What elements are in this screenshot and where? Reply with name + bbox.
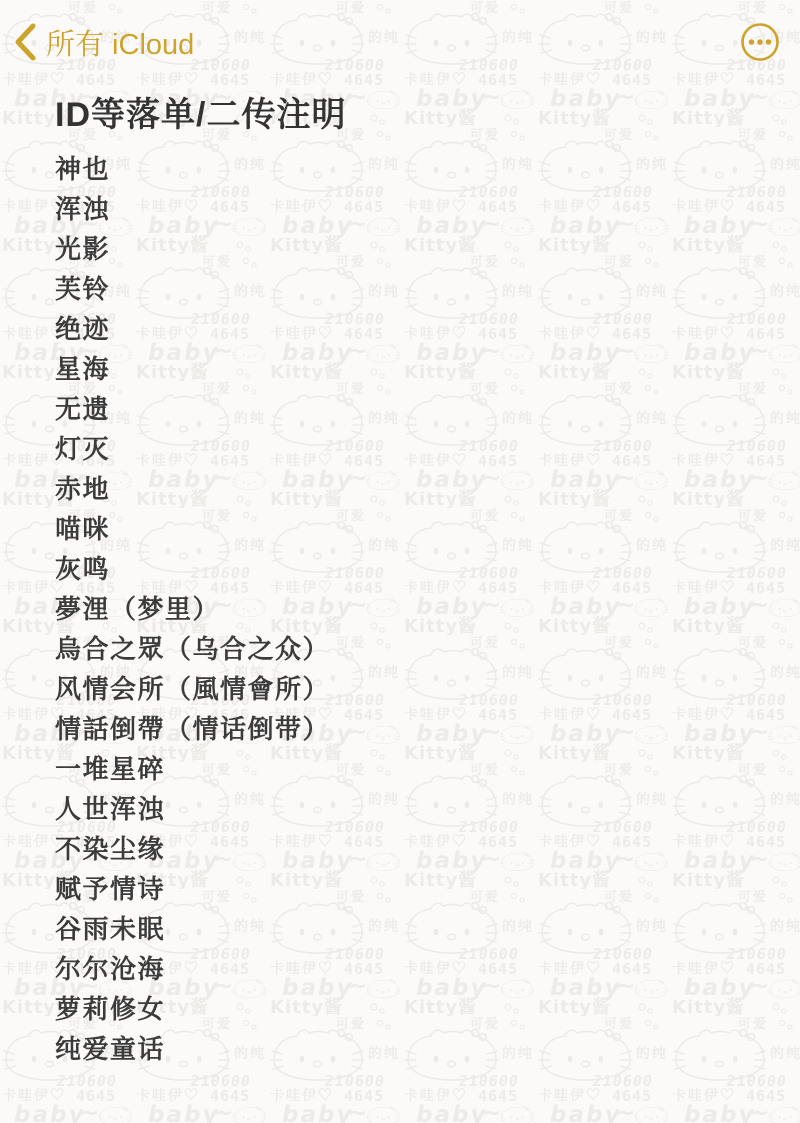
note-line[interactable]: 灯灭 [55,429,330,469]
back-button[interactable]: 所有 iCloud [14,22,194,63]
note-line[interactable]: 烏合之眾（乌合之众） [55,629,330,669]
note-page: 所有 iCloud ID等落单/二传注明 神也 浑浊 光影 芙铃 绝迹 星海 无… [0,0,800,1123]
note-line[interactable]: 纯爱童话 [55,1029,330,1069]
note-line[interactable]: 赋予情诗 [55,869,330,909]
note-line[interactable]: 喵咪 [55,509,330,549]
note-body[interactable]: 神也 浑浊 光影 芙铃 绝迹 星海 无遗 灯灭 赤地 喵咪 灰鸣 夢浬（梦里） … [55,149,330,1069]
note-line[interactable]: 风情会所（風情會所） [55,669,330,709]
notes-app-screen: 可爱 的纯 210600 卡哇伊♡ 4645 baby ~ Kitty酱 [0,0,800,1123]
note-line[interactable]: 萝莉修女 [55,989,330,1029]
note-line[interactable]: 谷雨未眠 [55,909,330,949]
navigation-bar: 所有 iCloud [0,0,800,84]
chevron-left-icon [14,23,36,61]
ellipsis-circle-icon [740,22,780,62]
note-line[interactable]: 无遗 [55,389,330,429]
back-button-label: 所有 iCloud [46,22,194,63]
note-line[interactable]: 浑浊 [55,189,330,229]
note-line[interactable]: 赤地 [55,469,330,509]
note-line[interactable]: 尔尔沧海 [55,949,330,989]
note-title[interactable]: ID等落单/二传注明 [55,93,346,137]
note-line[interactable]: 情話倒帶（情话倒带） [55,709,330,749]
note-line[interactable]: 一堆星碎 [55,749,330,789]
note-line[interactable]: 星海 [55,349,330,389]
note-line[interactable]: 神也 [55,149,330,189]
note-line[interactable]: 光影 [55,229,330,269]
note-line[interactable]: 夢浬（梦里） [55,589,330,629]
note-line[interactable]: 芙铃 [55,269,330,309]
note-line[interactable]: 不染尘缘 [55,829,330,869]
note-line[interactable]: 绝迹 [55,309,330,349]
more-button[interactable] [740,22,780,62]
note-line[interactable]: 灰鸣 [55,549,330,589]
note-line[interactable]: 人世浑浊 [55,789,330,829]
